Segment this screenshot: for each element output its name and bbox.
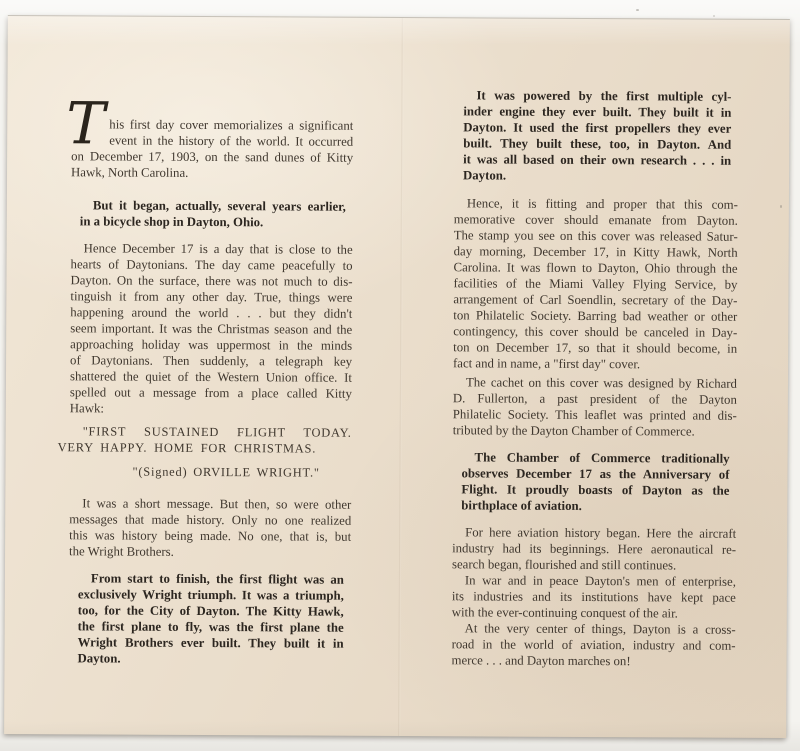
text-line: But it began, actually, several years ea… [80,197,346,214]
text-line: observes December 17 as the Anniversary … [461,465,729,482]
text-line: "FIRST SUSTAINED FLIGHT TODAY. [58,423,352,441]
text-line: birthplace of aviation. [461,497,729,514]
text-line: memorative cover should emanate from Day… [454,211,738,228]
leaflet-page: T his first day cover memorializes a sig… [4,15,790,738]
text-line: facilities of the Miami Valley Flying Se… [453,275,737,292]
text-line: road in the world of aviation, industry … [452,636,736,653]
text-line: fact and in name, a "first day" cover. [453,355,737,372]
text-line: his first day cover memorializes a signi… [71,116,353,133]
text-line: The stamp you see on this cover was rele… [454,227,738,244]
paragraph-bold-wright-triumph: From start to finish, the first flight w… [77,570,343,667]
scan-speck [713,15,715,17]
text-line: From start to finish, the first flight w… [78,570,344,587]
text-line: event in the history of the world. It oc… [71,132,353,149]
right-column: It was powered by the first multiple cyl… [451,87,738,669]
text-line: Hawk: [70,400,352,417]
fold-line [398,18,404,736]
text-line: search began, flourished and still conti… [452,556,736,573]
text-line: ton Philatelic Society. Barring bad weat… [453,307,737,324]
paragraph-cachet: The cachet on this cover was designed by… [453,374,737,439]
paragraph-bold-engine: It was powered by the first multiple cyl… [463,87,731,184]
text-line: Dayton. [77,650,343,667]
text-line: At the very center of things, Dayton is … [452,620,736,637]
paragraph-intro: T his first day cover memorializes a sig… [71,116,353,181]
text-line: too, for the City of Dayton. The Kitty H… [78,602,344,619]
text-line: In war and in peace Dayton's men of ente… [452,572,736,589]
text-line: Hence, it is fitting and proper that thi… [454,195,738,212]
paragraph-war-peace: In war and in peace Dayton's men of ente… [452,572,736,621]
text-line: Dayton. It used the first propellers the… [463,119,731,136]
text-line: ton on December 17, so that it should be… [453,339,737,356]
text-line: VERY HAPPY. HOME FOR CHRISTMAS. [58,439,352,457]
text-line: D. Fullerton, a past president of the Da… [453,390,737,407]
paragraph-bold-bicycle-shop: But it began, actually, several years ea… [80,197,346,230]
text-line: Dayton. On the surface, there was not mu… [70,272,352,289]
text-line: happening around the world . . . but the… [70,304,352,321]
text-line: Philatelic Society. This leaflet was pri… [453,406,737,423]
text-line: inder engine they ever built. They built… [463,103,731,120]
text-line: this was history being made. No one, tha… [69,527,351,544]
text-line: arrangement of Carl Soendlin, secretary … [453,291,737,308]
text-line: of Daytonians. Then suddenly, a telegrap… [70,352,352,369]
text-line: shattered the quiet of the Western Union… [70,368,352,385]
text-line: with the ever-continuing conquest of the… [452,604,736,621]
text-line: spelled out a message from a place calle… [70,384,352,401]
telegram-message: "FIRST SUSTAINED FLIGHT TODAY.VERY HAPPY… [58,423,352,457]
scan-speck [636,9,639,11]
text-line: Hence December 17 is a day that is close… [71,240,353,257]
text-line: tributed by the Dayton Chamber of Commer… [453,422,737,439]
text-line: It was a short message. But then, so wer… [69,495,351,512]
paragraph-aviation-history: For here aviation history began. Here th… [452,524,736,573]
scan-speck [780,205,782,208]
text-line: For here aviation history began. Here th… [452,524,736,541]
text-line: in a bicycle shop in Dayton, Ohio. [80,213,346,230]
text-line: Wright Brothers ever built. They built i… [78,634,344,651]
text-line: Carolina. It was flown to Dayton, Ohio t… [454,259,738,276]
text-line: hearts of Daytonians. The day came peace… [71,256,353,273]
text-line: industry had its beginnings. Here aerona… [452,540,736,557]
text-line: contingency, this cover should be cancel… [453,323,737,340]
text-line: Dayton. [463,167,731,184]
drop-cap-T: T [66,94,105,152]
text-line: The cachet on this cover was designed by… [453,374,737,391]
left-column: T his first day cover memorializes a sig… [68,116,353,667]
telegram-signature: "(Signed) ORVILLE WRIGHT." [132,464,351,481]
scan-background: { "page": { "colors": { "background": "#… [0,0,800,751]
text-line: merce . . . and Dayton marches on! [451,652,735,669]
text-line: Hawk, North Carolina. [71,164,353,181]
text-line: on December 17, 1903, on the sand dunes … [71,148,353,165]
text-line: exclusively Wright triumph. It was a tri… [78,586,344,603]
paragraph-short-message: It was a short message. But then, so wer… [69,495,351,560]
text-line: it was all based on their own research .… [463,151,731,168]
text-line: built. They built these, too, in Dayton.… [463,135,731,152]
text-line: seem important. It was the Christmas sea… [70,320,352,337]
text-line: the Wright Brothers. [69,543,351,560]
text-line: its industries and its institutions have… [452,588,736,605]
text-line: tinguish it from any other day. True, th… [70,288,352,305]
text-line: It was powered by the first multiple cyl… [463,87,731,104]
paragraph-fitting-proper: Hence, it is fitting and proper that thi… [453,195,738,372]
text-line: the first plane to fly, was the first pl… [78,618,344,635]
text-line: messages that made history. Only no one … [69,511,351,528]
text-line: approaching holiday was uppermost in the… [70,336,352,353]
text-line: Flight. It proudly boasts of Dayton as t… [461,481,729,498]
paragraph-hence-december: Hence December 17 is a day that is close… [70,240,353,417]
text-line: day morning, December 17, in Kitty Hawk,… [454,243,738,260]
paragraph-center-of-things: At the very center of things, Dayton is … [451,620,735,669]
text-line: The Chamber of Commerce traditionally [462,449,730,466]
paragraph-bold-chamber: The Chamber of Commerce traditionallyobs… [461,449,729,514]
